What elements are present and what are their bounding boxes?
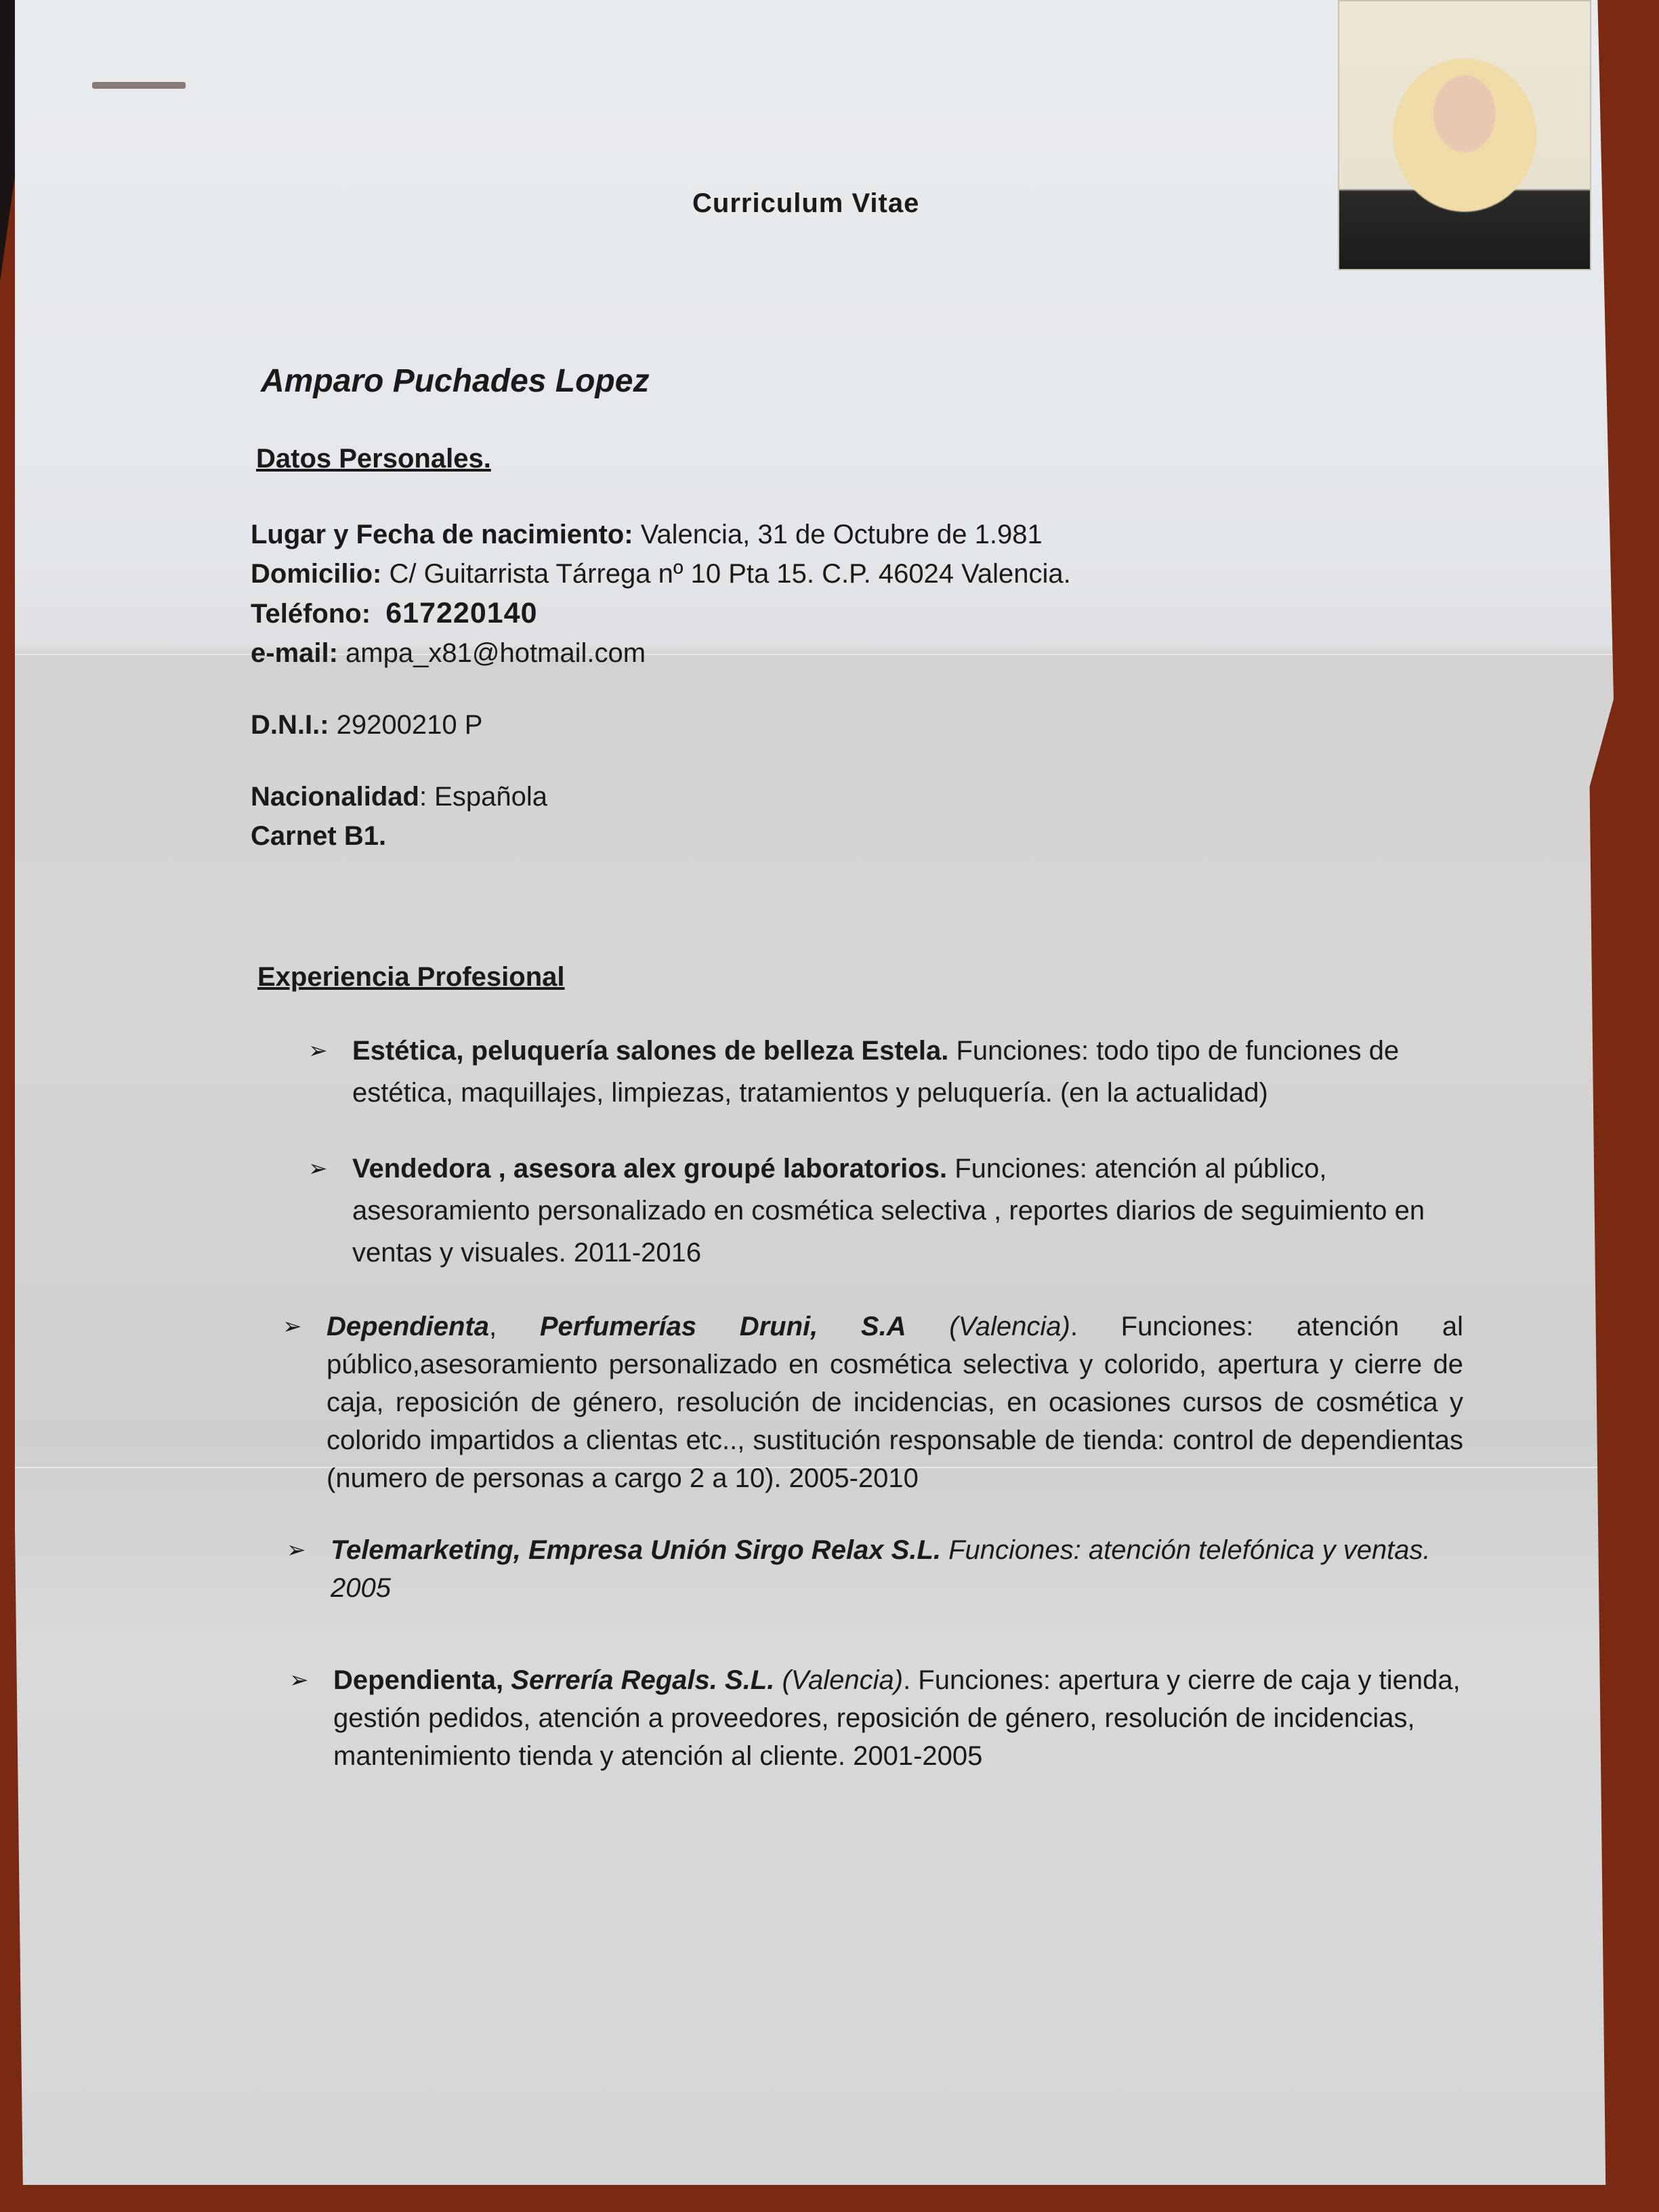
job-title: Vendedora , asesora alex groupé laborato… (352, 1154, 947, 1184)
dni-value: 29200210 P (329, 710, 483, 740)
job-title: Telemarketing, Empresa Unión Sirgo Relax… (331, 1535, 941, 1565)
address-label: Domicilio: (251, 559, 381, 589)
nationality-value: : Española (419, 782, 547, 812)
experience-item: ➢ Estética, peluquería salones de bellez… (298, 1030, 1463, 1114)
profile-photo (1338, 0, 1591, 270)
birth-value: Valencia, 31 de Octubre de 1.981 (633, 520, 1043, 549)
nationality-label: Nacionalidad (251, 782, 419, 812)
personal-data: Lugar y Fecha de nacimiento: Valencia, 3… (251, 515, 1071, 856)
job-role: Dependienta (327, 1312, 489, 1341)
arrowhead-bullet-icon: ➢ (282, 1308, 302, 1345)
staple (92, 82, 186, 89)
arrowhead-bullet-icon: ➢ (308, 1148, 328, 1190)
phone-label: Teléfono: (251, 599, 371, 629)
section-personal-heading: Datos Personales. (256, 444, 491, 474)
experience-item: ➢ Dependienta, Serrería Regals. S.L. (Va… (279, 1661, 1463, 1775)
experience-list: ➢ Estética, peluquería salones de bellez… (298, 1030, 1463, 1809)
email-label: e-mail: (251, 638, 338, 668)
section-experience-heading: Experiencia Profesional (257, 962, 565, 993)
dni-label: D.N.I.: (251, 710, 329, 740)
job-role: Dependienta, (333, 1665, 511, 1695)
address-value: C/ Guitarrista Tárrega nº 10 Pta 15. C.P… (381, 559, 1070, 589)
phone-value: 617220140 (385, 597, 537, 629)
email-row: e-mail: ampa_x81@hotmail.com (251, 633, 1071, 673)
email-value: ampa_x81@hotmail.com (338, 638, 646, 668)
experience-item: ➢ Telemarketing, Empresa Unión Sirgo Rel… (276, 1531, 1463, 1607)
arrowhead-bullet-icon: ➢ (287, 1531, 306, 1569)
job-place: (Valencia) (774, 1665, 903, 1695)
nationality-row: Nacionalidad: Española (251, 777, 1071, 816)
job-place: (Valencia) (906, 1312, 1070, 1341)
arrowhead-bullet-icon: ➢ (308, 1030, 328, 1072)
experience-item: ➢ Vendedora , asesora alex groupé labora… (298, 1148, 1463, 1274)
birth-row: Lugar y Fecha de nacimiento: Valencia, 3… (251, 515, 1071, 554)
address-row: Domicilio: C/ Guitarrista Tárrega nº 10 … (251, 554, 1071, 593)
candidate-name: Amparo Puchades Lopez (261, 362, 649, 400)
driving-license: Carnet B1. (251, 816, 1071, 856)
job-company: Serrería Regals. S.L. (511, 1665, 774, 1695)
experience-item: ➢ Dependienta, Perfumerías Druni, S.A (V… (272, 1308, 1463, 1497)
arrowhead-bullet-icon: ➢ (289, 1661, 309, 1699)
job-title: Estética, peluquería salones de belleza … (352, 1036, 948, 1066)
birth-label: Lugar y Fecha de nacimiento: (251, 520, 633, 549)
phone-row: Teléfono: 617220140 (251, 593, 1071, 633)
document-title: Curriculum Vitae (692, 188, 919, 219)
job-company: Perfumerías Druni, S.A (540, 1312, 906, 1341)
dni-row: D.N.I.: 29200210 P (251, 705, 1071, 745)
